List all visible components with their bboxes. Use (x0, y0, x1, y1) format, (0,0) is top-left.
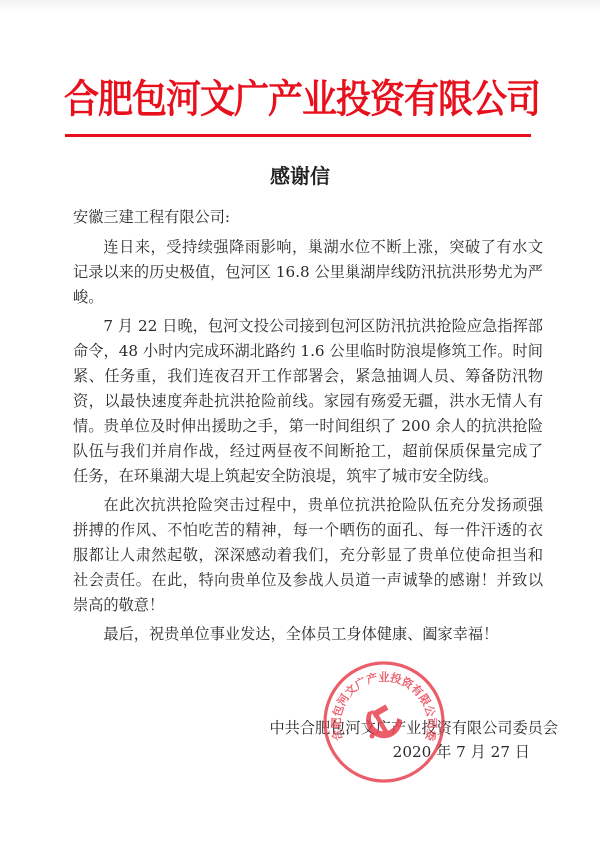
letterhead-red-rule (65, 134, 531, 137)
paragraph-4: 最后，祝贵单位事业发达，全体员工身体健康、阖家幸福！ (73, 622, 543, 647)
salutation: 安徽三建工程有限公司: (73, 205, 543, 230)
svg-text:中共合肥包河文广产业投资有限公司委员会: 中共合肥包河文广产业投资有限公司委员会 (322, 660, 439, 743)
paragraph-2: 7 月 22 日晚，包河文投公司接到包河区防汛抗洪抢险应急指挥部命令，48 小时… (73, 314, 543, 489)
official-seal-icon: 中共合肥包河文广产业投资有限公司委员会 (322, 660, 446, 784)
scan-artifact (0, 0, 600, 14)
seal-ring-text: 中共合肥包河文广产业投资有限公司委员会 (322, 660, 439, 743)
letter-body: 安徽三建工程有限公司: 连日来，受持续强降雨影响，巢湖水位不断上涨，突破了有水文… (73, 205, 543, 650)
letterhead-company-name: 合肥包河文广产业投资有限公司 (64, 73, 534, 127)
paragraph-1: 连日来，受持续强降雨影响，巢湖水位不断上涨，突破了有水文记录以来的历史极值，包河… (73, 235, 543, 310)
letter-title: 感谢信 (0, 160, 600, 189)
hammer-sickle-icon (366, 704, 402, 738)
paragraph-3: 在此次抗洪抢险突击过程中，贵单位抗洪抢险队伍充分发扬顽强拼搏的作风、不怕吃苦的精… (73, 493, 543, 618)
